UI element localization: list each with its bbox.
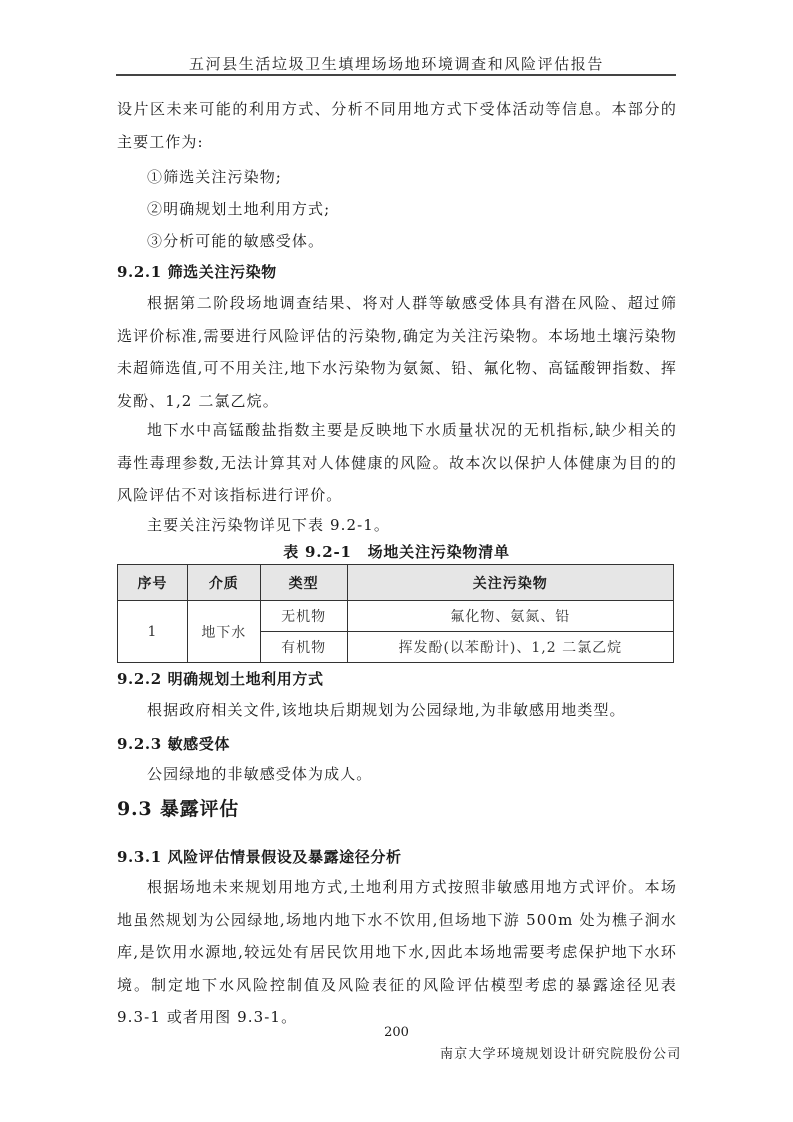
running-header-title: 五河县生活垃圾卫生填埋场场地环境调查和风险评估报告 (0, 53, 793, 74)
section-heading-9-2-3: 9.2.3 敏感受体 (117, 734, 230, 754)
paragraph-9-3-1: 根据场地未来规划用地方式,土地利用方式按照非敏感用地方式评价。本场地虽然规划为公… (117, 871, 677, 1034)
cell-type: 有机物 (260, 632, 347, 663)
col-header-type: 类型 (260, 565, 347, 601)
cell-index: 1 (118, 601, 188, 663)
col-header-medium: 介质 (187, 565, 260, 601)
paragraph-9-2-3: 公园绿地的非敏感受体为成人。 (117, 758, 677, 791)
header-rule (116, 74, 676, 76)
table-row: 1 地下水 无机物 氟化物、氨氮、铅 (118, 601, 674, 632)
pollutant-table: 序号 介质 类型 关注污染物 1 地下水 无机物 氟化物、氨氮、铅 有机物 挥发… (117, 564, 674, 663)
section-heading-9-2-2: 9.2.2 明确规划土地利用方式 (117, 669, 324, 689)
section-heading-9-3: 9.3 暴露评估 (117, 797, 239, 821)
section-heading-9-3-1: 9.3.1 风险评估情景假设及暴露途径分析 (117, 847, 402, 867)
footer-organization: 南京大学环境规划设计研究院股份公司 (440, 1043, 681, 1062)
col-header-pollutants: 关注污染物 (347, 565, 673, 601)
cell-type: 无机物 (260, 601, 347, 632)
page-number: 200 (0, 1025, 793, 1040)
cell-pollutants: 氟化物、氨氮、铅 (347, 601, 673, 632)
col-header-index: 序号 (118, 565, 188, 601)
intro-item-2: ②明确规划土地利用方式; (147, 199, 330, 219)
intro-item-3: ③分析可能的敏感受体。 (147, 231, 324, 251)
table-header-row: 序号 介质 类型 关注污染物 (118, 565, 674, 601)
intro-paragraph: 设片区未来可能的利用方式、分析不同用地方式下受体活动等信息。本部分的主要工作为: (117, 93, 677, 158)
intro-item-1: ①筛选关注污染物; (147, 167, 282, 187)
cell-medium: 地下水 (187, 601, 260, 663)
paragraph-9-2-2: 根据政府相关文件,该地块后期规划为公园绿地,为非敏感用地类型。 (117, 694, 677, 727)
table-caption: 表 9.2-1 场地关注污染物清单 (0, 542, 793, 562)
paragraph-9-2-1-c: 主要关注污染物详见下表 9.2-1。 (117, 509, 677, 542)
section-heading-9-2-1: 9.2.1 筛选关注污染物 (117, 262, 277, 282)
cell-pollutants: 挥发酚(以苯酚计)、1,2 二氯乙烷 (347, 632, 673, 663)
paragraph-9-2-1-b: 地下水中高锰酸盐指数主要是反映地下水质量状况的无机指标,缺少相关的毒性毒理参数,… (117, 414, 677, 512)
paragraph-9-2-1-a: 根据第二阶段场地调查结果、将对人群等敏感受体具有潜在风险、超过筛选评价标准,需要… (117, 287, 677, 417)
